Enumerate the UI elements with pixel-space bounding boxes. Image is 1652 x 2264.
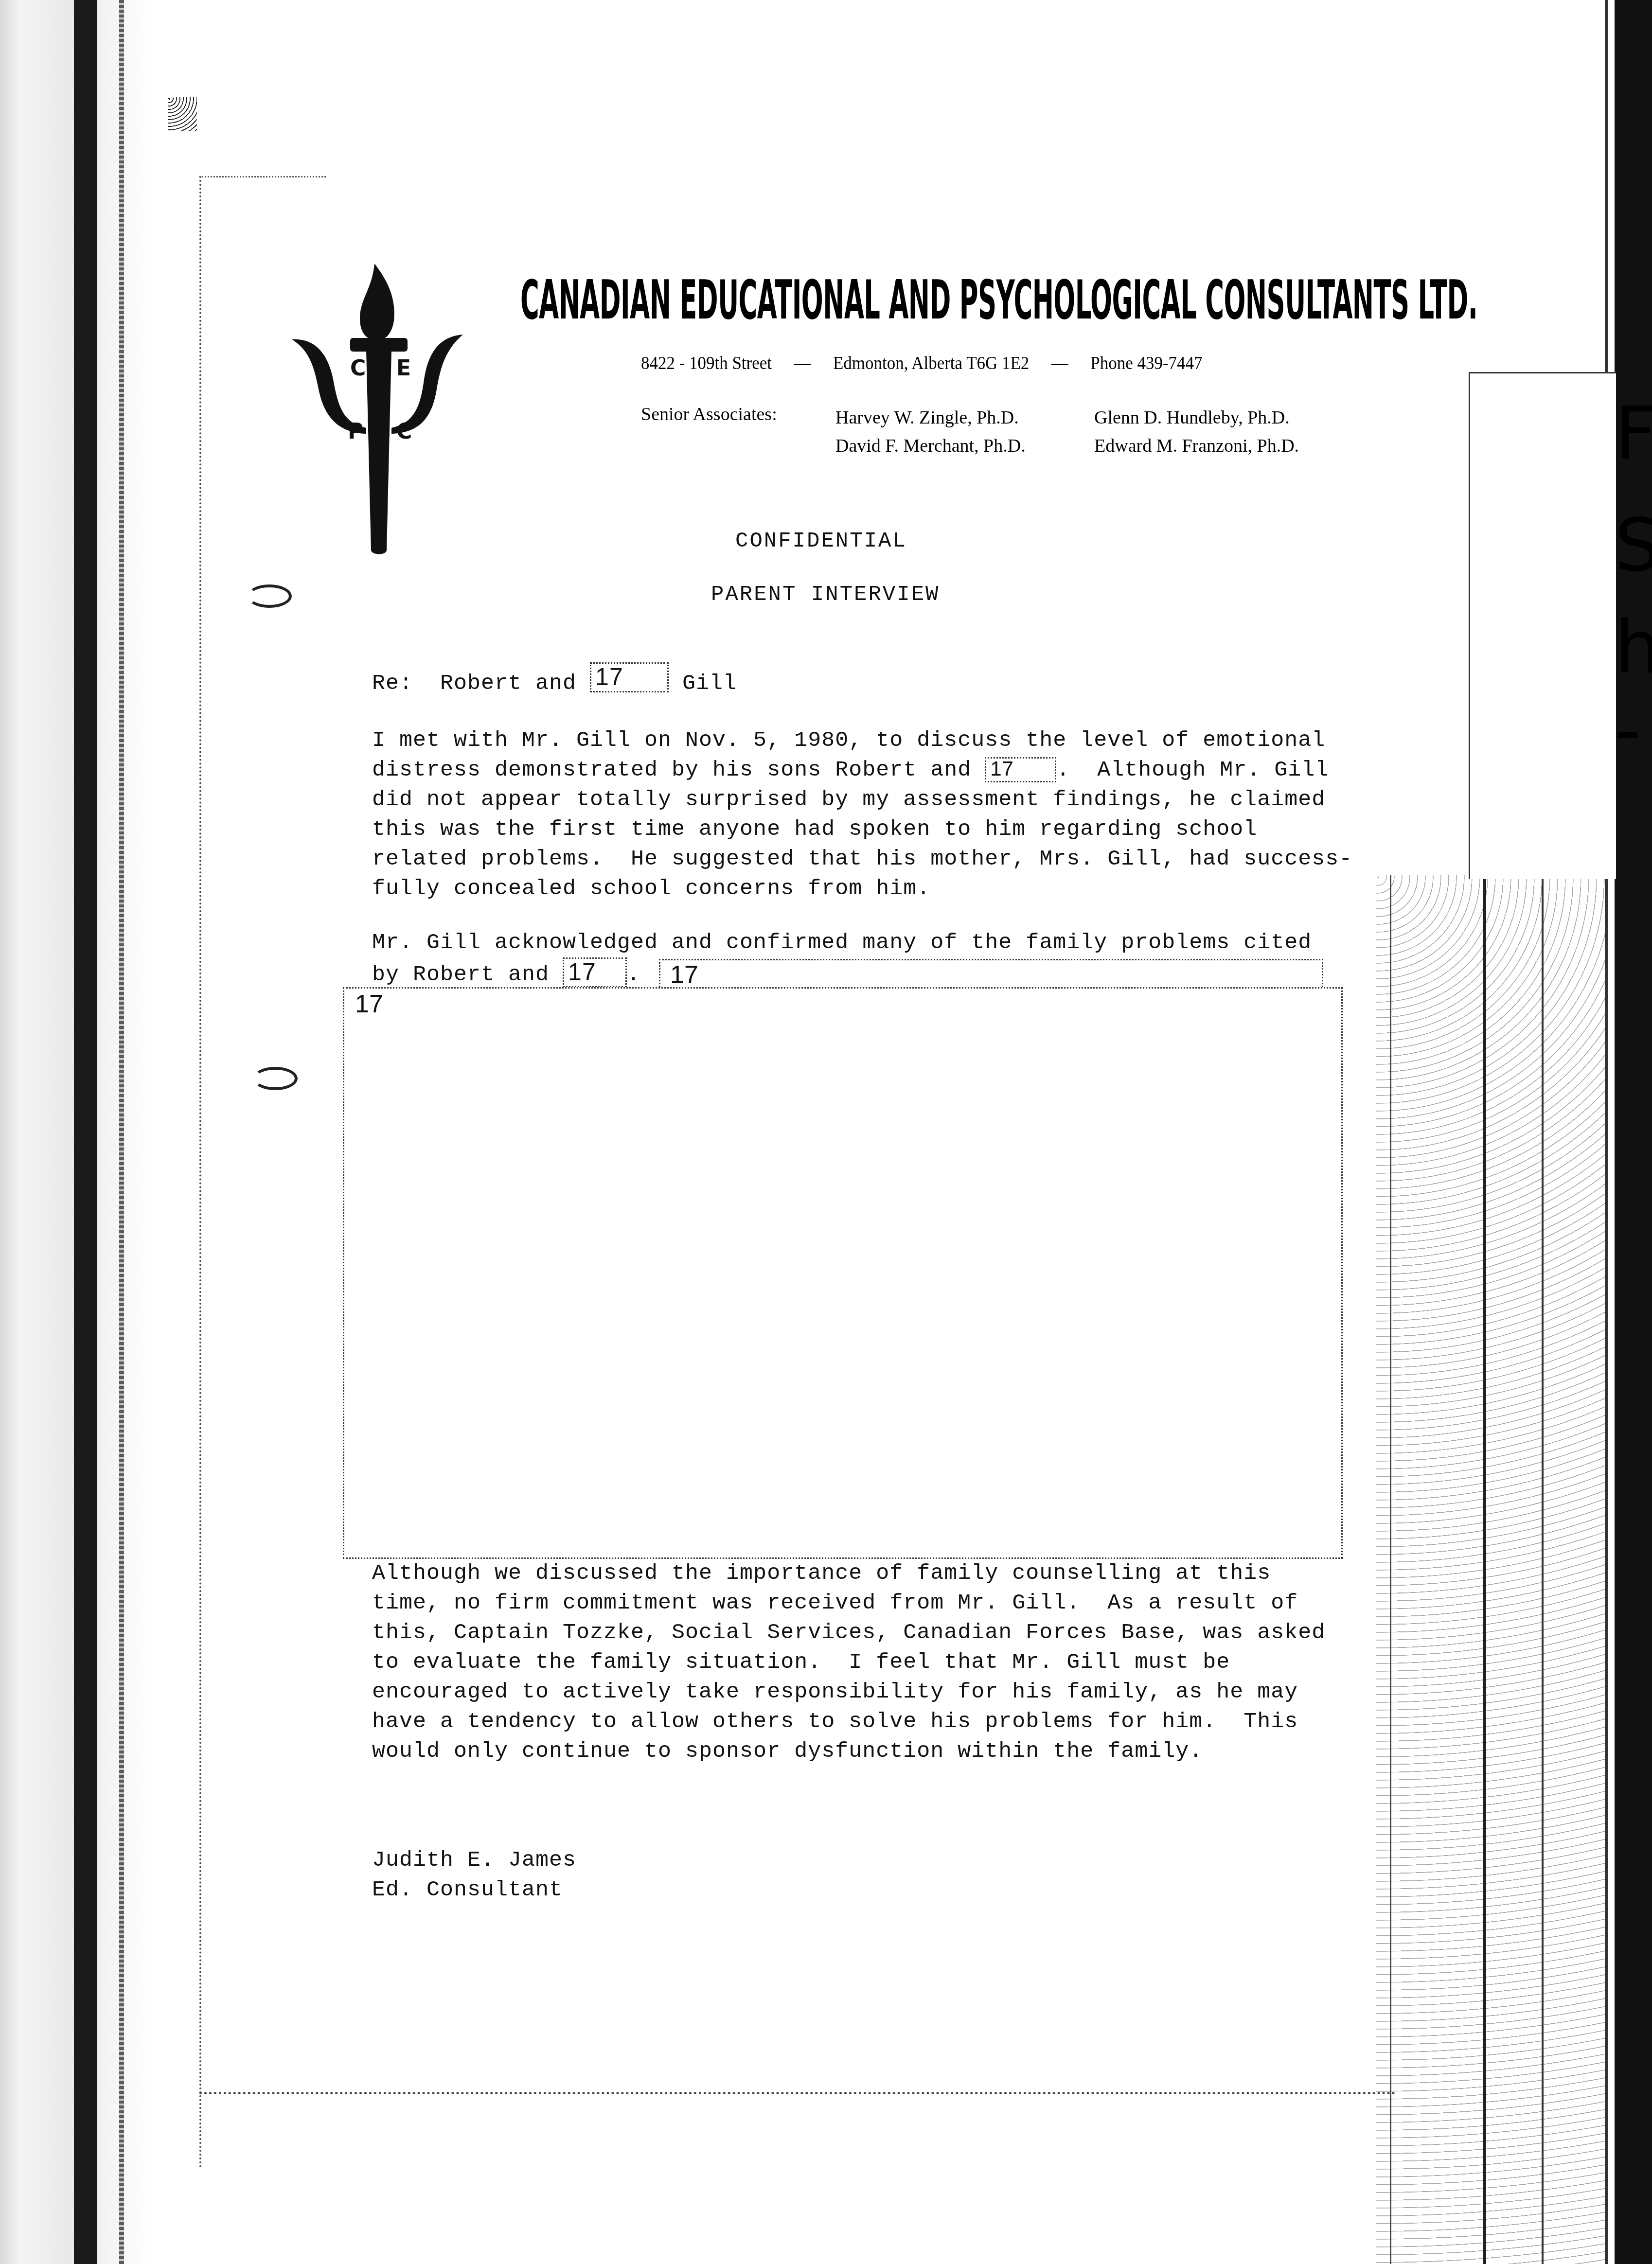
signatory-name: Judith E. James bbox=[372, 1845, 576, 1875]
binding-edge bbox=[119, 0, 124, 2264]
margin-handwriting: Fa Sa h - bbox=[1469, 372, 1652, 858]
handwriting-line: Fa bbox=[1615, 391, 1652, 476]
redaction-box-wide: 17 bbox=[659, 959, 1323, 990]
redaction-box: 17 bbox=[563, 957, 627, 988]
scan-speckle-right bbox=[1376, 875, 1605, 2264]
separator: — bbox=[1051, 353, 1068, 373]
text-span: . Although Mr. Gill bbox=[1056, 758, 1329, 782]
punch-hole-icon bbox=[247, 584, 292, 608]
company-name: CANADIAN EDUCATIONAL AND PSYCHOLOGICAL C… bbox=[520, 270, 1477, 331]
redaction-block: 17 bbox=[343, 987, 1343, 1559]
scan-edge-right bbox=[1615, 0, 1652, 2264]
city-postal: Edmonton, Alberta T6G 1E2 bbox=[833, 353, 1029, 373]
separator: — bbox=[794, 353, 811, 373]
page-border-top bbox=[199, 176, 326, 177]
svg-text:E: E bbox=[396, 356, 411, 381]
text-line: would only continue to sponsor dysfuncti… bbox=[372, 1736, 1325, 1766]
associate-name: Harvey W. Zingle, Ph.D. bbox=[835, 404, 1026, 432]
text-span: . bbox=[627, 962, 640, 987]
binding-shadow bbox=[74, 0, 97, 2264]
punch-hole-icon bbox=[253, 1067, 298, 1090]
page-edge-line bbox=[1605, 0, 1608, 2264]
senior-associates-label: Senior Associates: bbox=[641, 404, 777, 425]
signature-block: Judith E. JamesEd. Consultant bbox=[372, 1845, 576, 1905]
text-line: to evaluate the family situation. I feel… bbox=[372, 1647, 1325, 1677]
handwriting-line: - bbox=[1615, 688, 1641, 773]
page-edge-line bbox=[1542, 875, 1544, 2264]
text-line: distress demonstrated by his sons Robert… bbox=[372, 755, 1352, 785]
handwriting-line: Sa bbox=[1615, 503, 1652, 588]
associate-name: Glenn D. Hundleby, Ph.D. bbox=[1094, 404, 1299, 432]
classification-heading: CONFIDENTIAL bbox=[735, 529, 907, 553]
text-line: fully concealed school concerns from him… bbox=[372, 874, 1352, 903]
text-line: have a tendency to allow others to solve… bbox=[372, 1707, 1325, 1736]
text-line: Mr. Gill acknowledged and confirmed many… bbox=[372, 928, 1312, 957]
page-border-bottom bbox=[199, 2092, 1396, 2094]
phone-number: Phone 439-7447 bbox=[1090, 353, 1202, 373]
text-line: did not appear totally surprised by my a… bbox=[372, 785, 1352, 814]
associate-name: Edward M. Franzoni, Ph.D. bbox=[1094, 432, 1299, 460]
associates-column-2: Glenn D. Hundleby, Ph.D. Edward M. Franz… bbox=[1094, 404, 1299, 460]
company-address: 8422 - 109th Street — Edmonton, Alberta … bbox=[641, 353, 1220, 374]
text-span: distress demonstrated by his sons Robert… bbox=[372, 758, 971, 782]
redaction-label: 17 bbox=[670, 960, 698, 990]
svg-text:C: C bbox=[396, 419, 412, 444]
page-edge-line bbox=[1390, 875, 1391, 2264]
text-span: by Robert and bbox=[372, 962, 549, 987]
street-address: 8422 - 109th Street bbox=[641, 353, 772, 373]
handwriting-line: h bbox=[1615, 605, 1652, 690]
text-line: this, Captain Tozzke, Social Services, C… bbox=[372, 1618, 1325, 1647]
document-title: PARENT INTERVIEW bbox=[711, 583, 940, 607]
re-line: Re: Robert and 17 Gill bbox=[372, 666, 737, 698]
redaction-label: 17 bbox=[355, 990, 383, 1019]
signatory-title: Ed. Consultant bbox=[372, 1875, 576, 1905]
associate-name: David F. Merchant, Ph.D. bbox=[835, 432, 1026, 460]
page-edge-line bbox=[1483, 875, 1486, 2264]
page-border-left bbox=[199, 176, 201, 2170]
associates-column-1: Harvey W. Zingle, Ph.D. David F. Merchan… bbox=[835, 404, 1026, 460]
text-line: time, no firm commitment was received fr… bbox=[372, 1588, 1325, 1618]
redaction-box: 17 bbox=[985, 757, 1056, 782]
text-line: Although we discussed the importance of … bbox=[372, 1558, 1325, 1588]
text-line: this was the first time anyone had spoke… bbox=[372, 814, 1352, 844]
text-line: encouraged to actively take responsibili… bbox=[372, 1677, 1325, 1707]
re-suffix: Gill bbox=[682, 671, 737, 696]
paragraph-1: I met with Mr. Gill on Nov. 5, 1980, to … bbox=[372, 725, 1352, 903]
svg-text:C: C bbox=[350, 356, 366, 381]
text-line: I met with Mr. Gill on Nov. 5, 1980, to … bbox=[372, 725, 1352, 755]
svg-text:P: P bbox=[348, 419, 363, 444]
torch-psi-logo-icon: C E P C bbox=[287, 253, 467, 564]
text-line: related problems. He suggested that his … bbox=[372, 844, 1352, 874]
redaction-box: 17 bbox=[590, 662, 669, 692]
scan-speckle bbox=[168, 97, 197, 131]
paragraph-3: Although we discussed the importance of … bbox=[372, 1558, 1325, 1766]
re-prefix: Re: Robert and bbox=[372, 671, 576, 696]
